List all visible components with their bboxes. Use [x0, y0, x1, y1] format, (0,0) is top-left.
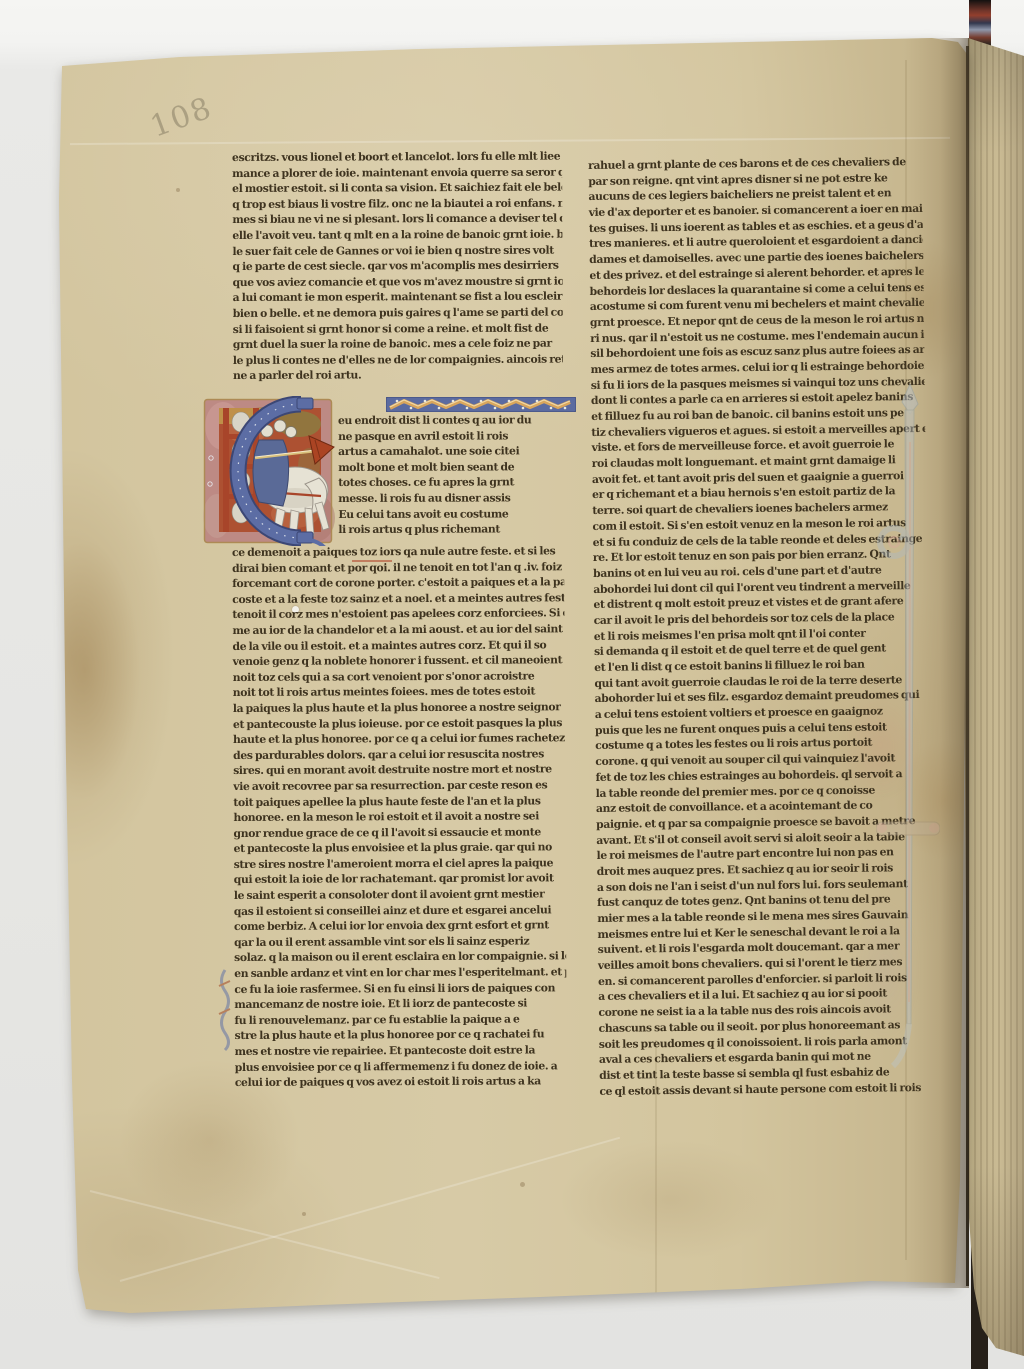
text-line: Eu celui tans avoit eu costume: [338, 506, 576, 522]
text-line: venoie genz q la noblete honorer i fusse…: [233, 652, 565, 669]
text-column-left-beside-initial: eu endroit dist li contes q au ior dune …: [338, 412, 576, 538]
text-line: gnor rendue grace de ce q il l'avoit si …: [233, 824, 565, 841]
rubric-underline: [352, 560, 392, 562]
gutter-shadow: [905, 38, 969, 1288]
text-line: qas il estoient si conseillei ainz et du…: [234, 902, 566, 919]
paraph-mark: [216, 968, 234, 1052]
text-line: mes si biau ne vi ne si plesant. lors li…: [232, 211, 562, 228]
text-line: toit paiques apellee la plus haute feste…: [233, 793, 565, 810]
text-line: eu endroit dist li contes q au ior du: [338, 412, 576, 428]
text-line: plus envoisiee por ce q li affermemenz i…: [235, 1058, 567, 1075]
text-line: el mostier estoit. si li conta sa vision…: [232, 180, 562, 197]
crease: [70, 137, 950, 145]
text-column-left-lower: ce demenoit a paiques toz iors qa nule a…: [232, 543, 567, 1091]
text-line: mancemanz de nostre ioie. Et li iorz de …: [234, 995, 566, 1012]
text-line: haute et la plus honoree. por ce q a cel…: [233, 730, 565, 747]
text-line: elle l'avoit veu. tant q mlt en a la roi…: [232, 227, 562, 244]
text-line: tenoit il corz mes n'estoient pas apelee…: [232, 606, 564, 623]
text-line: fu li renouvelemanz. par ce fu establie …: [234, 1011, 566, 1028]
text-line: ne pasque en avril estoit li rois: [338, 428, 576, 444]
text-line: mes et nostre vie repairiee. Et pantecos…: [235, 1042, 567, 1059]
text-line: a lui comant ie mon esperit. maintenant …: [233, 289, 563, 306]
speck: [520, 1182, 525, 1187]
text-line: totes choses. ce fu apres la grnt: [338, 475, 576, 491]
initial-miniature-artwork: [203, 396, 335, 546]
text-column-left-upper: escritzs. vous lionel et boort et lancel…: [232, 149, 563, 384]
text-line: ne a parler del roi artu.: [233, 367, 563, 384]
speck: [302, 1212, 306, 1216]
text-line: q ie parte de cest siecle. qar vos m'aco…: [232, 258, 562, 275]
text-line: en sanble ardanz et vint en lor char mes…: [234, 964, 566, 981]
text-line: si li faisoient si grnt honor si come a …: [233, 320, 563, 337]
text-line: bien o belle. et ne demora puis gaires q…: [233, 304, 563, 321]
text-line: et pantecouste la plus ioieuse. por ce e…: [233, 715, 565, 732]
stain: [560, 1140, 780, 1260]
text-line: celui ior de paiques q vos avez oi estoi…: [235, 1073, 567, 1090]
text-line: come berbiz. A celui ior lor envoia dex …: [234, 918, 566, 935]
text-line: le plus li contes ne d'elles ne de lor c…: [233, 351, 563, 368]
text-line: stre la plus haute et la plus honoree po…: [235, 1027, 567, 1044]
text-line: messe. li rois fu au disner assis: [338, 490, 576, 506]
text-line: dirai bien comant et por qoi. il ne teno…: [232, 559, 564, 576]
illuminated-initial-C: [203, 396, 335, 546]
text-line: qar la ou il erent assamble vint sor els…: [234, 933, 566, 950]
text-line: artus a camahalot. une soie citei: [338, 443, 576, 459]
text-line: grnt duel la suer la roine de banoic. me…: [233, 336, 563, 353]
crease: [120, 1137, 620, 1282]
text-line: qui estoit la ioie de lor rachatemant. q…: [234, 871, 566, 888]
parchment-page: 108 escritzs. vous lionel et boort et la…: [0, 0, 1024, 1369]
text-line: molt bone et molt bien seant de: [338, 459, 576, 475]
crease: [90, 1190, 440, 1279]
text-line: que vos aviez comancie et que vos m'avez…: [233, 273, 563, 290]
text-line: le saint esperit a consoloter dont il av…: [234, 886, 566, 903]
text-line: sires. qui en morant avoit destruite nos…: [233, 762, 565, 779]
stain: [30, 540, 140, 800]
text-line: de la vile ou il estoit. et a maintes au…: [232, 637, 564, 654]
text-line: solaz. q la maison ou il erent esclaira …: [234, 949, 566, 966]
speck: [176, 188, 180, 192]
text-line: et pantecoste la plus envoisiee et la pl…: [234, 840, 566, 857]
text-line: le suer fait cele de Gannes or voi ie bi…: [232, 242, 562, 259]
text-line: li rois artus q plus richemant: [338, 521, 576, 537]
text-line: vie avoit recovree par sa resurrection. …: [233, 777, 565, 794]
manuscript-photo: 108 escritzs. vous lionel et boort et la…: [0, 0, 1024, 1369]
text-line: me au ior de la chandelor et a la mi aou…: [232, 621, 564, 638]
text-line: ce fu la ioie rasfermee. Si en fu einsi …: [234, 980, 566, 997]
text-line: coste et a la feste toz sainz et a noel.…: [232, 590, 564, 607]
text-line: forcemant cort de corone porter. c'estoi…: [232, 574, 564, 591]
text-line: noit tot li rois artus meintes foiees. m…: [233, 684, 565, 701]
text-line: la paiques la plus haute et la plus hono…: [233, 699, 565, 716]
text-line: noit toz cels qui a sa cort venoient por…: [233, 668, 565, 685]
gutter-crease: [966, 46, 969, 1286]
text-line: escritzs. vous lionel et boort et lancel…: [232, 149, 562, 166]
text-line: honoree. en la meson le roi estoit et il…: [233, 808, 565, 825]
folio-number: 108: [146, 90, 217, 145]
text-line: stre sires nostre l'ameroient morra el c…: [234, 855, 566, 872]
text-line: q trop est biaus li vostre filz. onc ne …: [232, 195, 562, 212]
parchment-page-wrap: 108 escritzs. vous lionel et boort et la…: [0, 0, 1024, 1369]
text-line: des pardurables dolors. qar a celui ior …: [233, 746, 565, 763]
line-filler-ornament: [386, 397, 576, 412]
text-line: mance a plorer de ioie. maintenant envoi…: [232, 164, 562, 181]
